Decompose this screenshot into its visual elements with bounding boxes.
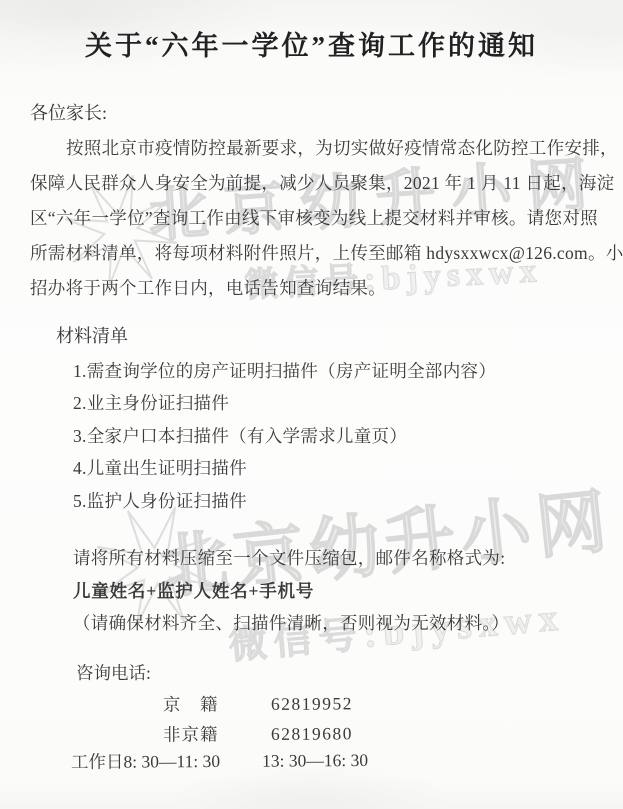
contact-number: 62819952 [271,693,353,714]
office-hours-afternoon: 13: 30—16: 30 [262,750,368,771]
notice-title: 关于“六年一学位”查询工作的通知 [0,24,623,63]
materials-heading: 材料清单 [56,322,128,348]
materials-item: 3.全家户口本扫描件（有入学需求儿童页） [73,420,496,452]
body-line: 区“六年一学位”查询工作由线下审核变为线上提交材料并审核。请您对照 [30,201,596,236]
materials-list: 1.需查询学位的房产证明扫描件（房产证明全部内容） 2.业主身份证扫描件 3.全… [73,355,496,517]
body-line: 招办将于两个工作日内，电话告知查询结果。 [30,271,596,306]
body-line: 按照北京市疫情防控最新要求，为切实做好疫情常态化防控工作安排， [30,131,596,166]
materials-item: 1.需查询学位的房产证明扫描件（房产证明全部内容） [73,355,496,387]
materials-item: 2.业主身份证扫描件 [73,387,496,419]
office-hours-morning: 工作日8: 30—11: 30 [71,751,220,772]
contact-heading: 咨询电话: [76,660,151,685]
contact-row: 非京籍62819680 [163,720,353,746]
contact-label: 非京籍 [163,721,271,747]
instruction-note: （请确保材料齐全、扫描件清晰，否则视为无效材料。） [73,607,509,640]
office-hours: 工作日8: 30—11: 3013: 30—16: 30 [71,747,368,774]
materials-item: 5.监护人身份证扫描件 [73,485,496,517]
scanned-notice-page: 北京幼升小网 微信号:bjysxwx 北京幼升小网 微信号:bjysxwx 关于… [0,0,623,809]
instruction-line: 请将所有材料压缩至一个文件压缩包，邮件名称格式为: [73,542,509,575]
contact-label: 京 籍 [163,691,271,717]
salutation: 各位家长: [30,99,107,125]
contact-number: 62819680 [271,723,353,744]
notice-body: 按照北京市疫情防控最新要求，为切实做好疫情常态化防控工作安排， 保障人民群众人身… [30,131,596,306]
email-name-format: 儿童姓名+监护人姓名+手机号 [73,575,509,608]
contact-row: 京 籍62819952 [163,690,353,716]
materials-item: 4.儿童出生证明扫描件 [73,452,496,484]
body-line: 所需材料清单，将每项材料附件照片，上传至邮箱 hdysxxwcx@126.com… [30,236,596,271]
body-line: 保障人民群众人身安全为前提，减少人员聚集，2021 年 1 月 11 日起，海淀 [30,166,596,201]
email-instructions: 请将所有材料压缩至一个文件压缩包，邮件名称格式为: 儿童姓名+监护人姓名+手机号… [73,542,509,640]
